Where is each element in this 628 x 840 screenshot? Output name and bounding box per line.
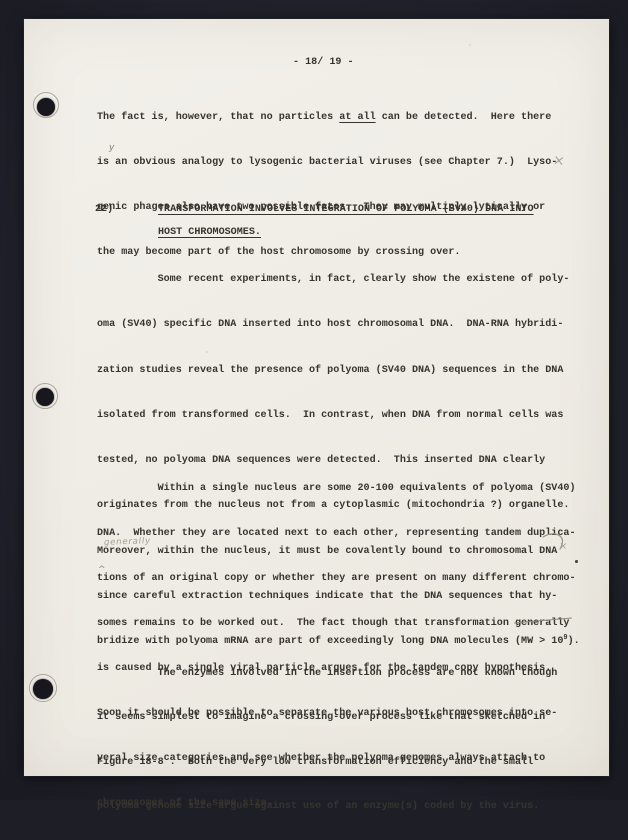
text-segment: somes remains to be worked out. The fact… [97,618,515,629]
text-line: somes remains to be worked out. The fact… [97,612,576,635]
section-title-line2: HOST CHROMOSOMES. [158,221,261,244]
handwritten-y-insertion: y [109,143,114,153]
punch-hole [36,388,54,406]
paper-speck [544,321,546,323]
document-page: - 18/ 19 - The fact is, however, that no… [24,19,609,776]
text-line: DNA. Whether they are located next to ea… [97,522,576,545]
section-number: 22) [95,198,113,221]
punch-hole [37,98,55,116]
insertion-caret-mark: ^ [98,565,106,575]
text-line: The enzymes involved in the insertion pr… [97,663,557,685]
margin-x-mark-top: × [552,152,566,169]
text-line: it seems simplest to imagine a crossing-… [97,707,557,729]
text-line: Within a single nucleus are some 20-100 … [97,477,576,500]
paper-speck [469,44,471,46]
underlined-text: at all [339,112,375,123]
section-title-line1: TRANSFORMATION INVOLVES INTEGRATION OF P… [158,198,534,221]
text-line: tions of an original copy or whether the… [97,567,576,590]
text-segment: can be detected. Here there [376,112,552,123]
text-line: polyoma genome size argue against use of… [97,796,557,800]
text-line: Some recent experiments, in fact, clearl… [97,268,580,291]
pencil-swoosh-mark [542,530,568,552]
scan-background: - 18/ 19 - The fact is, however, that no… [0,0,628,800]
text-line: oma (SV40) specific DNA inserted into ho… [97,313,580,336]
text-line: is an obvious analogy to lysogenic bacte… [97,151,557,174]
text-segment: The fact is, however, that no particles [97,112,339,123]
text-line: isolated from transformed cells. In cont… [97,404,580,427]
pencil-dot [575,560,578,563]
struck-word: generally [515,612,570,635]
paper-speck [206,351,208,353]
text-line: zation studies reveal the presence of po… [97,359,580,382]
punch-hole [33,679,53,699]
paragraph-insertion-enzymes: The enzymes involved in the insertion pr… [97,641,557,800]
text-line: The fact is, however, that no particles … [97,106,557,129]
handwritten-word-generally: generally [104,536,151,548]
page-number: - 18/ 19 - [293,57,354,68]
text-line: Figure 18-8 . Both the very low transfor… [97,752,557,774]
